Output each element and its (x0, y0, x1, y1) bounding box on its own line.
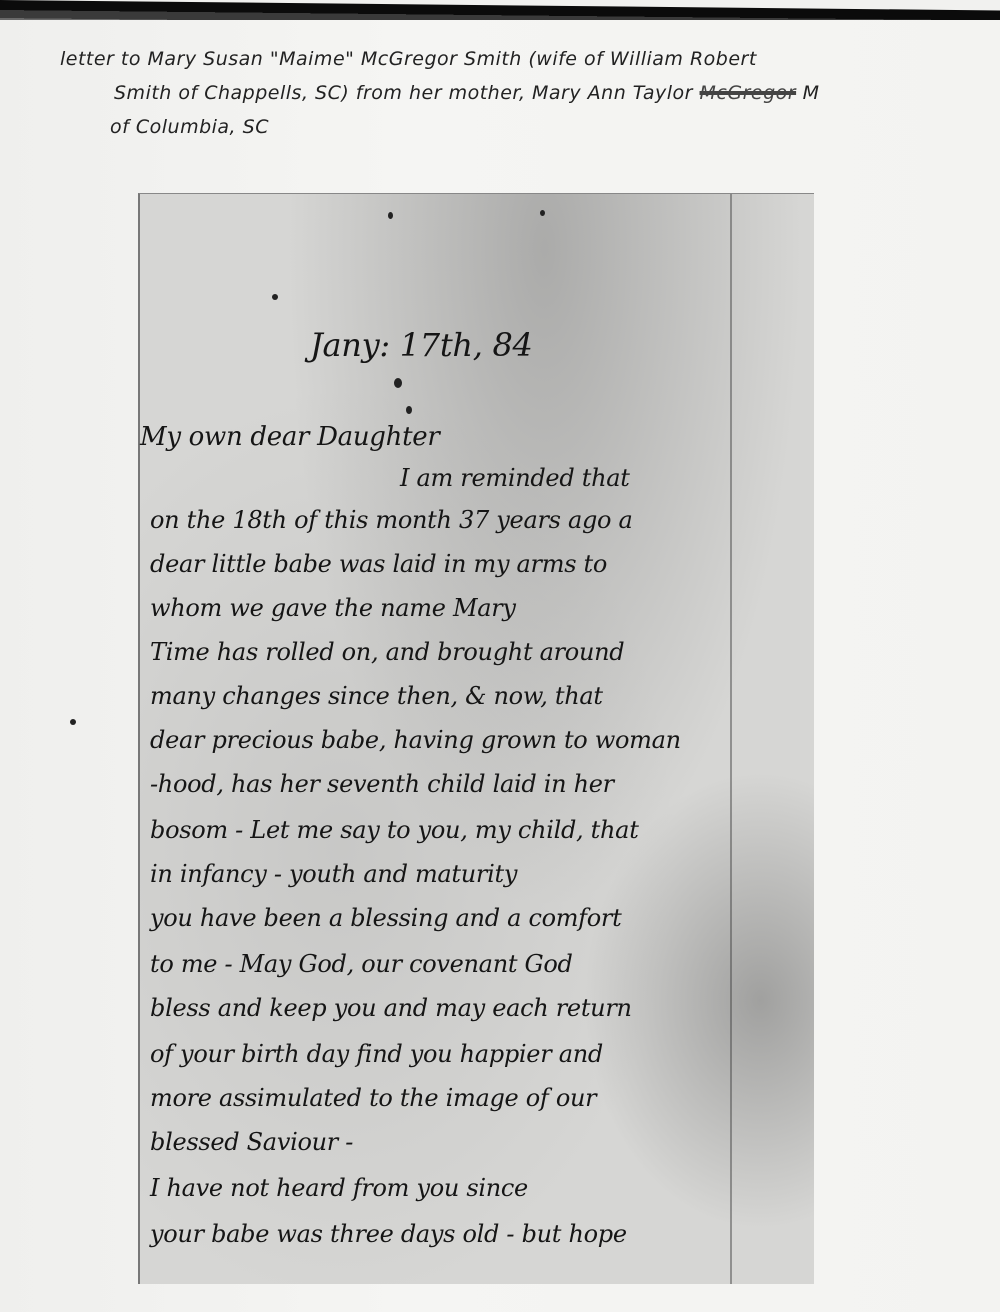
letter-line: bosom - Let me say to you, my child, tha… (140, 816, 824, 844)
ink-speck (272, 294, 278, 300)
letter-line: in infancy - youth and maturity (140, 860, 824, 888)
letter-line: I am reminded that (140, 464, 1000, 492)
letter-line: dear precious babe, having grown to woma… (140, 726, 824, 754)
ink-speck (406, 406, 412, 414)
letter-line: many changes since then, & now, that (140, 682, 824, 710)
ink-speck (388, 212, 393, 219)
letter-photocopy: Jany: 17th, 84 My own dear Daughter I am… (138, 193, 814, 1284)
letter-line: blessed Saviour - (140, 1128, 824, 1156)
letter-line: your babe was three days old - but hope (140, 1220, 824, 1248)
ink-speck (394, 378, 402, 388)
caption-line-2-prefix: Smith of Chappells, SC) from her mother,… (114, 82, 700, 104)
ink-speck (70, 719, 76, 725)
letter-line: whom we gave the name Mary (140, 594, 824, 622)
letter-line: on the 18th of this month 37 years ago a (140, 506, 824, 534)
letter-line: I have not heard from you since (140, 1174, 824, 1202)
letter-date: Jany: 17th, 84 (310, 326, 533, 364)
caption-line-2-suffix: M (796, 82, 819, 104)
handwritten-caption: letter to Mary Susan "Maime" McGregor Sm… (60, 42, 1000, 144)
ink-speck (540, 210, 545, 216)
caption-line-3: of Columbia, SC (60, 110, 1000, 144)
caption-line-1: letter to Mary Susan "Maime" McGregor Sm… (60, 42, 1000, 76)
caption-line-2: Smith of Chappells, SC) from her mother,… (60, 76, 1000, 110)
letter-line: of your birth day find you happier and (140, 1040, 824, 1068)
letter-line: to me - May God, our covenant God (140, 950, 824, 978)
letter-line: -hood, has her seventh child laid in her (140, 770, 824, 798)
letter-salutation: My own dear Daughter (140, 422, 814, 452)
letter-line: dear little babe was laid in my arms to (140, 550, 824, 578)
letter-line: you have been a blessing and a comfort (140, 904, 824, 932)
caption-struck-word: McGregor (700, 82, 797, 104)
letter-line: bless and keep you and may each return (140, 994, 824, 1022)
letter-line: more assimulated to the image of our (140, 1084, 824, 1112)
letter-line: Time has rolled on, and brought around (140, 638, 824, 666)
